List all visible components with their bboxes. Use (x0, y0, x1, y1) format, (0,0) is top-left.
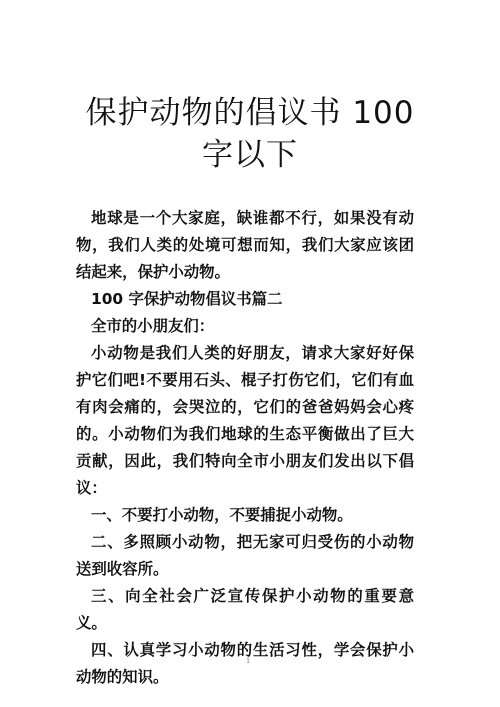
salutation: 全市的小朋友们： (76, 313, 414, 340)
proposal-item-4: 四、认真学习小动物的生活习性，学会保护小动物的知识。 (76, 637, 414, 691)
document-page: 保护动物的倡议书 100 字以下 地球是一个大家庭，缺谁都不行，如果没有动物，我… (0, 0, 500, 707)
document-body: 地球是一个大家庭，缺谁都不行，如果没有动物，我们人类的处境可想而知，我们大家应该… (76, 205, 414, 691)
paragraph-intro: 地球是一个大家庭，缺谁都不行，如果没有动物，我们人类的处境可想而知，我们大家应该… (76, 205, 414, 286)
section-heading: 100 字保护动物倡议书篇二 (76, 286, 414, 313)
proposal-item-2: 二、多照顾小动物，把无家可归受伤的小动物送到收容所。 (76, 529, 414, 583)
paragraph-main: 小动物是我们人类的好朋友，请求大家好好保护它们吧!不要用石头、棍子打伤它们，它们… (76, 340, 414, 502)
page-number: 1 (246, 656, 250, 665)
proposal-item-1: 一、不要打小动物，不要捕捉小动物。 (76, 502, 414, 529)
document-title: 保护动物的倡议书 100 字以下 (70, 92, 430, 176)
proposal-item-3: 三、向全社会广泛宣传保护小动物的重要意义。 (76, 583, 414, 637)
